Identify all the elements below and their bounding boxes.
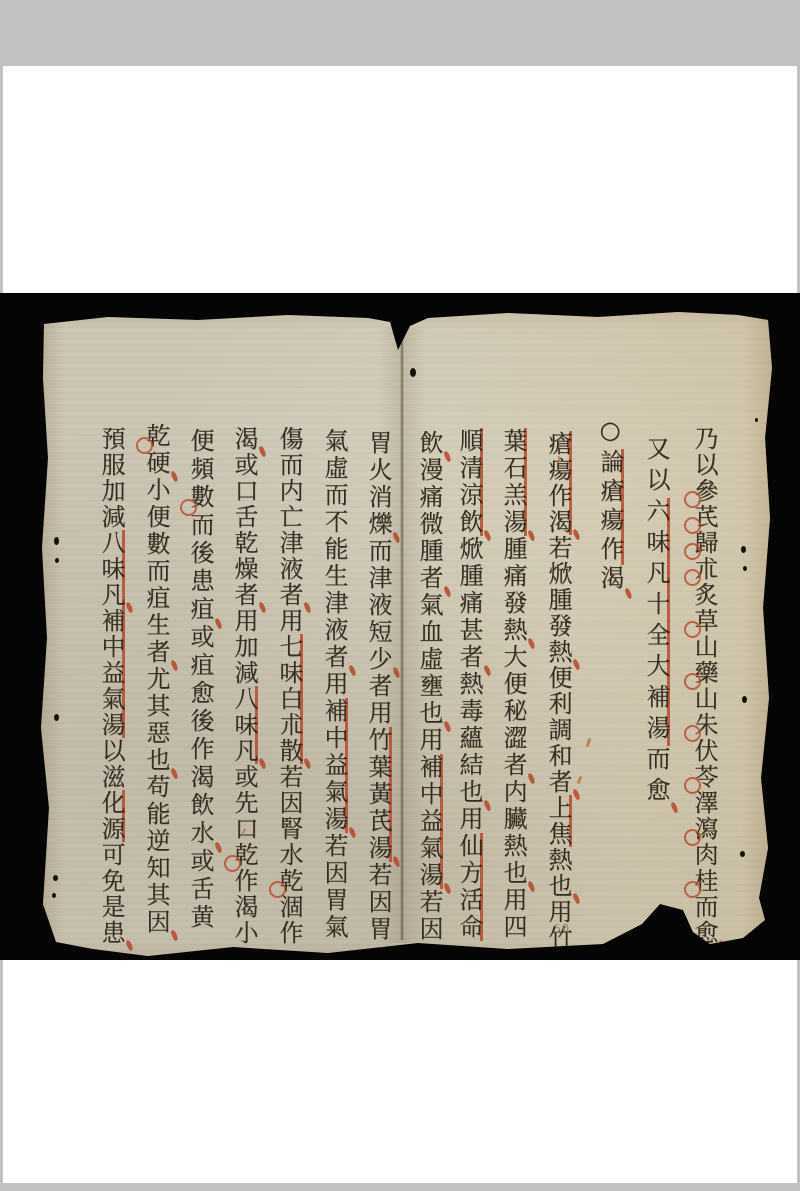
manuscript-paper: 乃以參芪歸朮炙草山藥山朱伏苓澤瀉肉桂而愈 又以六味凡十全大補湯而愈 ○論瘡瘍作渴… xyxy=(38,308,772,958)
manuscript-character: 預 xyxy=(97,426,125,452)
manuscript-character: 用 xyxy=(320,671,348,698)
manuscript-character: 傷 xyxy=(275,426,303,452)
manuscript-character: 火 xyxy=(364,457,392,484)
manuscript-character: 也 xyxy=(415,700,443,727)
manuscript-character: 疽 xyxy=(186,652,214,680)
manuscript-character: 也 xyxy=(455,779,483,806)
manuscript-character: 以 xyxy=(97,738,125,764)
manuscript-character: 論 xyxy=(596,449,624,478)
manuscript-character: 命 xyxy=(455,914,483,941)
text-column-right-1: 乃以參芪歸朮炙草山藥山朱伏苓澤瀉肉桂而愈 xyxy=(688,426,719,946)
text-column-left-5: 便頻數而後患疽或疽愈後作渴飲水或舌黄 xyxy=(184,428,215,932)
text-column-left-3: 傷而内亡津液者用七味白朮散若因腎水乾涸作 xyxy=(273,426,304,946)
manuscript-character: 痛 xyxy=(499,563,527,590)
wormhole xyxy=(755,418,758,422)
manuscript-character: 補 xyxy=(642,684,670,715)
text-column-left-4: 渴或口舌乾燥者用加減八味凡或先口乾作渴小 xyxy=(228,426,259,946)
manuscript-character: 因 xyxy=(142,909,170,936)
manuscript-character: 飲 xyxy=(455,509,483,536)
screenshot-root: { "viewer": { "background_color": "#c2c2… xyxy=(0,0,800,1191)
manuscript-character: 葉 xyxy=(499,428,527,455)
wormhole xyxy=(40,918,46,924)
manuscript-character: 用 xyxy=(415,727,443,754)
manuscript-character: 尤 xyxy=(142,666,170,693)
manuscript-character: 内 xyxy=(499,779,527,806)
manuscript-character: 生 xyxy=(320,563,348,590)
pencil-folio-number: 50 xyxy=(554,921,571,935)
manuscript-character: 用 xyxy=(230,608,258,634)
manuscript-character: 湯 xyxy=(97,712,125,738)
manuscript-character: 而 xyxy=(142,558,170,585)
manuscript-character: 方 xyxy=(455,860,483,887)
manuscript-character: 其 xyxy=(142,693,170,720)
text-column-right-2: 又以六味凡十全大補湯而愈 xyxy=(640,436,671,808)
manuscript-character: 者 xyxy=(364,673,392,700)
manuscript-character: 疽 xyxy=(186,596,214,624)
text-column-left-6: 乾硬小便數而疽生者尤其惡也苟能逆知其因 xyxy=(140,423,171,936)
text-column-right-4: 瘡瘍作渴若焮腫發熱便利調和者上焦熱也用竹 xyxy=(542,431,573,951)
manuscript-character: 散 xyxy=(275,738,303,764)
manuscript-character: 乃 xyxy=(690,426,718,452)
wormhole xyxy=(54,537,59,545)
manuscript-character: 而 xyxy=(275,452,303,478)
viewer-white-band-top xyxy=(3,66,797,293)
manuscript-character: 便 xyxy=(142,504,170,531)
manuscript-character: 飲 xyxy=(186,792,214,820)
manuscript-character: 石 xyxy=(499,455,527,482)
manuscript-character: 上 xyxy=(544,795,572,821)
manuscript-character: 或 xyxy=(186,848,214,876)
manuscript-character: 益 xyxy=(415,808,443,835)
manuscript-character: 渴 xyxy=(596,565,624,594)
wormhole xyxy=(740,851,745,857)
manuscript-character: 服 xyxy=(97,452,125,478)
manuscript-character: 水 xyxy=(275,842,303,868)
manuscript-character: 水 xyxy=(186,820,214,848)
manuscript-character: 逆 xyxy=(142,828,170,855)
manuscript-character: 發 xyxy=(544,613,572,639)
manuscript-character: 能 xyxy=(142,801,170,828)
text-column-left-2: 氣虛而不能生津液者用補中益氣湯若因胃氣 xyxy=(318,428,349,941)
section-title-column: ○論瘡瘍作渴 xyxy=(594,416,625,594)
manuscript-character: 氣 xyxy=(97,686,125,712)
manuscript-character: 補 xyxy=(97,608,125,634)
manuscript-character: 可 xyxy=(97,842,125,868)
manuscript-character: 味 xyxy=(230,712,258,738)
manuscript-character: 毒 xyxy=(455,698,483,725)
manuscript-character: 六 xyxy=(642,498,670,529)
manuscript-character: 羔 xyxy=(499,482,527,509)
manuscript-character: 壅 xyxy=(415,673,443,700)
manuscript-character: 熱 xyxy=(499,833,527,860)
manuscript-character: 中 xyxy=(97,634,125,660)
manuscript-character: 若 xyxy=(544,535,572,561)
manuscript-character: 便 xyxy=(186,428,214,456)
manuscript-character: 者 xyxy=(142,639,170,666)
manuscript-character: 甚 xyxy=(455,617,483,644)
manuscript-character: 補 xyxy=(415,754,443,781)
manuscript-character: 四 xyxy=(499,914,527,941)
manuscript-character: 仙 xyxy=(455,833,483,860)
manuscript-character: 免 xyxy=(97,868,125,894)
manuscript-character: 口 xyxy=(230,478,258,504)
wormhole xyxy=(742,696,747,703)
manuscript-character: 湯 xyxy=(364,835,392,862)
wormhole xyxy=(55,558,59,563)
manuscript-character: 熱 xyxy=(499,617,527,644)
manuscript-character: 湯 xyxy=(499,509,527,536)
manuscript-character: 減 xyxy=(230,660,258,686)
manuscript-character: 山 xyxy=(690,634,718,660)
manuscript-character: 者 xyxy=(275,582,303,608)
manuscript-character: 小 xyxy=(142,477,170,504)
manuscript-character: 者 xyxy=(499,752,527,779)
text-column-left-1: 胃火消爍而津液短少者用竹葉黃芪湯若因胃 xyxy=(362,430,393,943)
manuscript-character: ○ xyxy=(596,416,624,449)
manuscript-character: 便 xyxy=(544,665,572,691)
manuscript-character: 全 xyxy=(642,622,670,653)
manuscript-character: 黄 xyxy=(186,904,214,932)
manuscript-character: 又 xyxy=(642,436,670,467)
manuscript-character: 涸 xyxy=(275,894,303,920)
manuscript-character: 藥 xyxy=(690,660,718,686)
manuscript-character: 以 xyxy=(690,452,718,478)
wormhole xyxy=(741,546,746,553)
manuscript-character: 芪 xyxy=(364,808,392,835)
manuscript-character: 胃 xyxy=(364,916,392,943)
manuscript-character: 痛 xyxy=(415,484,443,511)
manuscript-character: 腫 xyxy=(415,538,443,565)
manuscript-character: 朮 xyxy=(690,556,718,582)
manuscript-character: 愈 xyxy=(186,680,214,708)
manuscript-character: 消 xyxy=(364,484,392,511)
manuscript-character: 而 xyxy=(642,746,670,777)
manuscript-character: 順 xyxy=(455,428,483,455)
manuscript-character: 熱 xyxy=(544,639,572,665)
manuscript-character: 葉 xyxy=(364,754,392,781)
manuscript-character: 桂 xyxy=(690,868,718,894)
manuscript-character: 内 xyxy=(275,478,303,504)
manuscript-character: 瀉 xyxy=(690,816,718,842)
manuscript-character: 草 xyxy=(690,608,718,634)
manuscript-character: 舌 xyxy=(186,876,214,904)
manuscript-character: 涼 xyxy=(455,482,483,509)
text-column-right-5: 葉石羔湯腫痛發熱大便秘澀者内臟熱也用四 xyxy=(497,428,528,941)
manuscript-character: 不 xyxy=(320,509,348,536)
manuscript-character: 津 xyxy=(320,590,348,617)
manuscript-character: 液 xyxy=(275,556,303,582)
manuscript-character: 津 xyxy=(275,530,303,556)
manuscript-character: 腫 xyxy=(544,587,572,613)
manuscript-character: 湯 xyxy=(642,715,670,746)
manuscript-character: 熱 xyxy=(544,847,572,873)
manuscript-character: 渴 xyxy=(544,509,572,535)
manuscript-character: 亡 xyxy=(275,504,303,530)
manuscript-character: 而 xyxy=(364,538,392,565)
manuscript-character: 微 xyxy=(415,511,443,538)
manuscript-character: 痛 xyxy=(455,590,483,617)
manuscript-character: 頻 xyxy=(186,456,214,484)
manuscript-character: 味 xyxy=(97,556,125,582)
manuscript-character: 氣 xyxy=(320,779,348,806)
manuscript-character: 焦 xyxy=(544,821,572,847)
manuscript-character: 滋 xyxy=(97,764,125,790)
manuscript-character: 患 xyxy=(97,920,125,946)
manuscript-character: 渴 xyxy=(230,426,258,452)
manuscript-character: 津 xyxy=(364,565,392,592)
viewer-white-band-bottom xyxy=(3,960,797,1183)
manuscript-character: 和 xyxy=(544,743,572,769)
manuscript-character: 湯 xyxy=(415,862,443,889)
scan-background: 乃以參芪歸朮炙草山藥山朱伏苓澤瀉肉桂而愈 又以六味凡十全大補湯而愈 ○論瘡瘍作渴… xyxy=(0,293,800,960)
manuscript-character: 其 xyxy=(142,882,170,909)
manuscript-character: 愈 xyxy=(690,920,718,946)
manuscript-character: 加 xyxy=(97,478,125,504)
text-column-right-6: 順清涼飲焮腫痛甚者熱毒蘊結也用仙方活命 xyxy=(453,428,484,941)
manuscript-character: 因 xyxy=(415,916,443,943)
manuscript-character: 大 xyxy=(642,653,670,684)
manuscript-character: 七 xyxy=(275,634,303,660)
manuscript-character: 乾 xyxy=(275,868,303,894)
manuscript-character: 疽 xyxy=(142,585,170,612)
manuscript-character: 活 xyxy=(455,887,483,914)
manuscript-character: 飲 xyxy=(415,430,443,457)
wormhole xyxy=(53,875,58,881)
manuscript-character: 中 xyxy=(320,725,348,752)
manuscript-character: 便 xyxy=(499,671,527,698)
manuscript-character: 虛 xyxy=(320,455,348,482)
manuscript-character: 因 xyxy=(320,860,348,887)
manuscript-character: 能 xyxy=(320,536,348,563)
manuscript-character: 胃 xyxy=(364,430,392,457)
manuscript-character: 或 xyxy=(230,764,258,790)
manuscript-character: 小 xyxy=(230,920,258,946)
manuscript-character: 清 xyxy=(455,455,483,482)
manuscript-character: 源 xyxy=(97,816,125,842)
manuscript-character: 若 xyxy=(415,889,443,916)
manuscript-character: 也 xyxy=(544,873,572,899)
manuscript-character: 因 xyxy=(275,790,303,816)
manuscript-character: 也 xyxy=(499,860,527,887)
manuscript-character: 者 xyxy=(455,644,483,671)
manuscript-character: 胃 xyxy=(320,887,348,914)
manuscript-character: 若 xyxy=(275,764,303,790)
manuscript-character: 爍 xyxy=(364,511,392,538)
manuscript-character: 苓 xyxy=(690,764,718,790)
manuscript-character: 作 xyxy=(275,920,303,946)
manuscript-character: 是 xyxy=(97,894,125,920)
manuscript-character: 益 xyxy=(320,752,348,779)
manuscript-character: 芪 xyxy=(690,504,718,530)
manuscript-character: 者 xyxy=(320,644,348,671)
manuscript-character: 瘡 xyxy=(596,478,624,507)
manuscript-character: 利 xyxy=(544,691,572,717)
manuscript-character: 凡 xyxy=(230,738,258,764)
manuscript-character: 黃 xyxy=(364,781,392,808)
manuscript-character: 湯 xyxy=(320,806,348,833)
manuscript-character: 發 xyxy=(499,590,527,617)
manuscript-character: 氣 xyxy=(415,592,443,619)
manuscript-character: 減 xyxy=(97,504,125,530)
manuscript-character: 益 xyxy=(97,660,125,686)
manuscript-character: 少 xyxy=(364,646,392,673)
text-column-right-7: 飲漫痛微腫者氣血虛壅也用補中益氣湯若因 xyxy=(413,430,444,943)
manuscript-character: 澀 xyxy=(499,725,527,752)
manuscript-character: 熱 xyxy=(455,671,483,698)
manuscript-character: 十 xyxy=(642,591,670,622)
manuscript-character: 而 xyxy=(690,894,718,920)
manuscript-character: 或 xyxy=(230,452,258,478)
manuscript-character: 竹 xyxy=(364,727,392,754)
manuscript-character: 因 xyxy=(364,889,392,916)
manuscript-character: 瘍 xyxy=(596,507,624,536)
manuscript-character: 氣 xyxy=(320,914,348,941)
manuscript-character: 八 xyxy=(97,530,125,556)
manuscript-character: 味 xyxy=(275,660,303,686)
manuscript-character: 作 xyxy=(544,483,572,509)
manuscript-character: 數 xyxy=(186,484,214,512)
manuscript-character: 瘡 xyxy=(544,431,572,457)
manuscript-character: 味 xyxy=(642,529,670,560)
text-column-left-7: 預服加減八味凡補中益氣湯以滋化源可免是患 xyxy=(95,426,126,946)
manuscript-character: 大 xyxy=(499,644,527,671)
manuscript-character: 朮 xyxy=(275,712,303,738)
manuscript-character: 氣 xyxy=(415,835,443,862)
manuscript-character: 血 xyxy=(415,619,443,646)
manuscript-character: 氣 xyxy=(320,428,348,455)
manuscript-character: 用 xyxy=(455,806,483,833)
manuscript-character: 以 xyxy=(642,467,670,498)
manuscript-character: 肉 xyxy=(690,842,718,868)
manuscript-character: 後 xyxy=(186,540,214,568)
manuscript-character: 焮 xyxy=(455,536,483,563)
manuscript-character: 澤 xyxy=(690,790,718,816)
manuscript-character: 朱 xyxy=(690,712,718,738)
manuscript-character: 乾 xyxy=(230,530,258,556)
wormhole xyxy=(410,368,416,377)
manuscript-character: 白 xyxy=(275,686,303,712)
manuscript-character: 歸 xyxy=(690,530,718,556)
manuscript-character: 短 xyxy=(364,619,392,646)
manuscript-character: 渴 xyxy=(230,894,258,920)
manuscript-character: 者 xyxy=(415,565,443,592)
manuscript-character: 蘊 xyxy=(455,725,483,752)
manuscript-character: 愈 xyxy=(642,777,670,808)
manuscript-character: 調 xyxy=(544,717,572,743)
wormhole xyxy=(743,566,747,571)
manuscript-character: 用 xyxy=(364,700,392,727)
manuscript-character: 燥 xyxy=(230,556,258,582)
manuscript-character: 知 xyxy=(142,855,170,882)
manuscript-character: 而 xyxy=(320,482,348,509)
manuscript-character: 加 xyxy=(230,634,258,660)
manuscript-character: 化 xyxy=(97,790,125,816)
manuscript-character: 患 xyxy=(186,568,214,596)
manuscript-character: 乾 xyxy=(142,423,170,450)
manuscript-character: 或 xyxy=(186,624,214,652)
manuscript-character: 虛 xyxy=(415,646,443,673)
manuscript-character: 凡 xyxy=(97,582,125,608)
manuscript-character: 若 xyxy=(364,862,392,889)
manuscript-character: 漫 xyxy=(415,457,443,484)
manuscript-character: 伏 xyxy=(690,738,718,764)
manuscript-character: 焮 xyxy=(544,561,572,587)
manuscript-character: 腫 xyxy=(455,563,483,590)
manuscript-character: 臟 xyxy=(499,806,527,833)
manuscript-character: 者 xyxy=(544,769,572,795)
manuscript-character: 八 xyxy=(230,686,258,712)
manuscript-character: 中 xyxy=(415,781,443,808)
manuscript-character: 補 xyxy=(320,698,348,725)
manuscript-character: 數 xyxy=(142,531,170,558)
manuscript-character: 參 xyxy=(690,478,718,504)
manuscript-character: 也 xyxy=(142,747,170,774)
manuscript-character: 作 xyxy=(230,868,258,894)
manuscript-character: 結 xyxy=(455,752,483,779)
manuscript-character: 用 xyxy=(275,608,303,634)
manuscript-character: 苟 xyxy=(142,774,170,801)
manuscript-character: 乾 xyxy=(230,842,258,868)
manuscript-character: 硬 xyxy=(142,450,170,477)
manuscript-character: 而 xyxy=(186,512,214,540)
manuscript-character: 用 xyxy=(499,887,527,914)
wormhole xyxy=(52,893,56,898)
manuscript-character: 液 xyxy=(320,617,348,644)
manuscript-character: 者 xyxy=(230,582,258,608)
manuscript-character: 惡 xyxy=(142,720,170,747)
page-fold-line xyxy=(400,332,404,940)
wormhole xyxy=(760,895,764,900)
manuscript-character: 作 xyxy=(596,536,624,565)
manuscript-character: 腎 xyxy=(275,816,303,842)
manuscript-character: 凡 xyxy=(642,560,670,591)
manuscript-character: 後 xyxy=(186,708,214,736)
manuscript-character: 山 xyxy=(690,686,718,712)
manuscript-character: 舌 xyxy=(230,504,258,530)
manuscript-character: 液 xyxy=(364,592,392,619)
manuscript-character: 渴 xyxy=(186,764,214,792)
manuscript-character: 若 xyxy=(320,833,348,860)
manuscript-character: 作 xyxy=(186,736,214,764)
wormhole xyxy=(54,714,59,721)
manuscript-character: 生 xyxy=(142,612,170,639)
manuscript-character: 先 xyxy=(230,790,258,816)
manuscript-character: 炙 xyxy=(690,582,718,608)
manuscript-character: 秘 xyxy=(499,698,527,725)
manuscript-character: 腫 xyxy=(499,536,527,563)
